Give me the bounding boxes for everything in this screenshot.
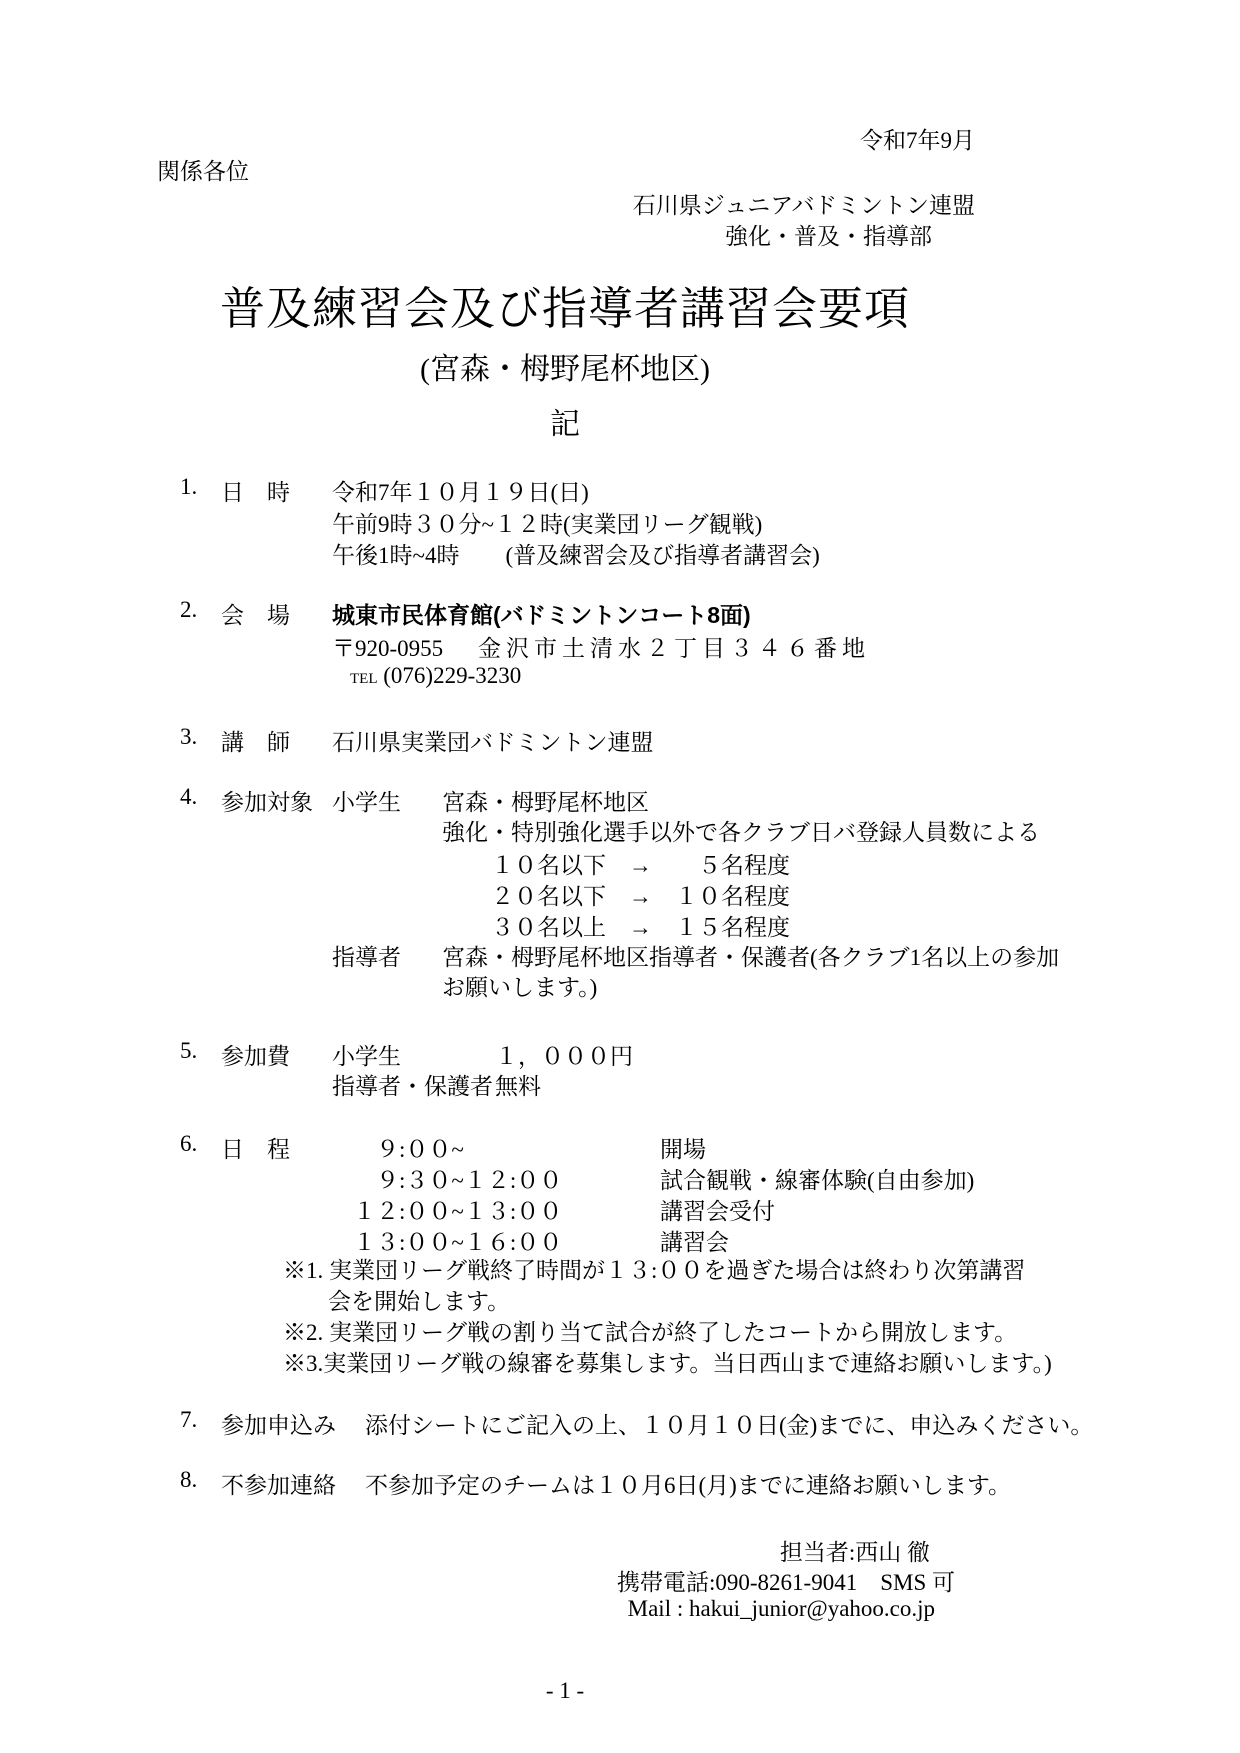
page-subtitle: (宮森・栂野尾杯地区) — [155, 344, 975, 388]
fee-elementary: １，０００円 — [495, 1038, 633, 1071]
item2-label: 会 場 — [221, 597, 290, 630]
note-2-line: ※2. 実業団リーグ戦の割り当て試合が終了したコートから開放します。 — [0, 1314, 1240, 1346]
contact-person: 担当者:西山 徹 — [780, 1534, 930, 1567]
item5-line1: 5. 参加費 小学生 １，０００円 — [0, 1038, 1240, 1070]
contact-person-line: 担当者:西山 徹 — [0, 1534, 1240, 1566]
venue-name: 城東市民体育館(バドミントンコート8面) — [332, 597, 751, 630]
item3-line1: 3. 講 師 石川県実業団バドミントン連盟 — [0, 724, 1240, 756]
item3-number: 3. — [180, 724, 197, 750]
item2-address-line: 〒920-0955 金沢市土清水２丁目３４６番地 — [0, 630, 1240, 662]
page-title: 普及練習会及び指導者講習会要項 — [155, 272, 975, 337]
item3-label: 講 師 — [221, 724, 290, 757]
item1-label: 日 時 — [221, 474, 290, 507]
contact-email: Mail : hakui_junior@yahoo.co.jp — [628, 1596, 935, 1622]
schedule-activity-1: 開場 — [660, 1131, 706, 1164]
addressee-line: 関係各位 — [0, 153, 1240, 185]
fee-leader: 無料 — [495, 1068, 541, 1101]
item5-label: 参加費 — [221, 1038, 290, 1071]
item1-afternoon: 午後1時~4時 (普及練習会及び指導者講習会) — [332, 537, 820, 570]
item5-number: 5. — [180, 1038, 197, 1064]
document-page: 令和7年9月 関係各位 石川県ジュニアバドミントン連盟 強化・普及・指導部 普及… — [0, 0, 1240, 1753]
application-deadline: 添付シートにご記入の上、１０月１０日(金)までに、申込みください。 — [365, 1407, 1093, 1440]
item4-sub-elementary: 小学生 — [332, 784, 401, 817]
item4-leader-text-cont: お願いします。) — [442, 969, 597, 1002]
contact-phone-line: 携帯電話:090-8261-9041 SMS 可 — [0, 1564, 1240, 1596]
schedule-row-1: 6. 日 程 ９:００~ 開場 — [0, 1131, 1240, 1163]
dept-line: 強化・普及・指導部 — [0, 218, 1240, 250]
fee-sub-leader: 指導者・保護者 — [332, 1068, 493, 1101]
contact-mail-line: Mail : hakui_junior@yahoo.co.jp — [0, 1596, 1240, 1628]
ki-heading: 記 — [155, 399, 975, 443]
item5-line2: 指導者・保護者 無料 — [0, 1068, 1240, 1100]
note-2-text: ※2. 実業団リーグ戦の割り当て試合が終了したコートから開放します。 — [283, 1314, 1017, 1347]
item8-label: 不参加連絡 — [221, 1467, 336, 1500]
nonparticipation-deadline: 不参加予定のチームは１０月6日(月)までに連絡お願いします。 — [365, 1467, 1011, 1500]
tel-mark: TEL — [350, 671, 378, 687]
item1-line3: 午後1時~4時 (普及練習会及び指導者講習会) — [0, 537, 1240, 569]
note-3-text: ※3.実業団リーグ戦の線審を募集します。当日西山まで連絡お願いします。) — [283, 1345, 1052, 1378]
item1-date: 令和7年１０月１９日(日) — [332, 474, 589, 507]
item2-number: 2. — [180, 597, 197, 623]
document-date: 令和7年9月 — [860, 122, 975, 155]
item4-condition: 強化・特別強化選手以外で各クラブ日バ登録人員数による — [442, 814, 1040, 847]
item4-line7: お願いします。) — [0, 969, 1240, 1001]
item1-morning: 午前9時３０分~１２時(実業団リーグ観戦) — [332, 506, 762, 539]
quota-rule-1: １０名以下 → ５名程度 — [491, 847, 790, 880]
note-1-text-cont: 会を開始します。 — [328, 1283, 510, 1316]
org-line: 石川県ジュニアバドミントン連盟 — [0, 187, 1240, 219]
schedule-time-3: １２:００~１３:００ — [353, 1193, 562, 1226]
note-3-line: ※3.実業団リーグ戦の線審を募集します。当日西山まで連絡お願いします。) — [0, 1345, 1240, 1377]
schedule-activity-3: 講習会受付 — [660, 1193, 775, 1226]
fee-sub-elementary: 小学生 — [332, 1038, 401, 1071]
schedule-row-2: ９:３０~１２:００ 試合観戦・線審体験(自由参加) — [0, 1162, 1240, 1194]
item4-quota1: １０名以下 → ５名程度 — [0, 847, 1240, 879]
page-number: - 1 - — [155, 1678, 975, 1704]
item8-line: 8. 不参加連絡 不参加予定のチームは１０月6日(月)までに連絡お願いします。 — [0, 1467, 1240, 1499]
schedule-time-1: ９:００~ — [353, 1131, 464, 1164]
department-name: 強化・普及・指導部 — [725, 218, 932, 251]
venue-address: 金沢市土清水２丁目３４６番地 — [478, 630, 870, 663]
item2-tel-line: TEL (076)229-3230 — [0, 663, 1240, 695]
schedule-row-3: １２:００~１３:００ 講習会受付 — [0, 1193, 1240, 1225]
quota-rule-2: ２０名以下 → １０名程度 — [491, 878, 790, 911]
item6-number: 6. — [180, 1131, 197, 1157]
item7-line: 7. 参加申込み 添付シートにご記入の上、１０月１０日(金)までに、申込みくださ… — [0, 1407, 1240, 1439]
item1-line2: 午前9時３０分~１２時(実業団リーグ観戦) — [0, 506, 1240, 538]
venue-phone: (076)229-3230 — [383, 663, 521, 688]
item7-label: 参加申込み — [221, 1407, 336, 1440]
contact-phone: 携帯電話:090-8261-9041 SMS 可 — [617, 1564, 955, 1597]
item1-line1: 1. 日 時 令和7年１０月１９日(日) — [0, 474, 1240, 506]
item4-quota2: ２０名以下 → １０名程度 — [0, 878, 1240, 910]
item4-number: 4. — [180, 784, 197, 810]
item8-number: 8. — [180, 1467, 197, 1493]
item4-district: 宮森・栂野尾杯地区 — [442, 784, 649, 817]
item4-line1: 4. 参加対象 小学生 宮森・栂野尾杯地区 — [0, 784, 1240, 816]
item7-number: 7. — [180, 1407, 197, 1433]
postal-code: 〒920-0955 — [332, 630, 443, 663]
note-1-line2: 会を開始します。 — [0, 1283, 1240, 1315]
header-date-line: 令和7年9月 — [0, 122, 1240, 154]
instructor: 石川県実業団バドミントン連盟 — [332, 724, 654, 757]
addressee: 関係各位 — [157, 153, 249, 186]
item4-line6: 指導者 宮森・栂野尾杯地区指導者・保護者(各クラブ1名以上の参加 — [0, 939, 1240, 971]
item4-leader-text: 宮森・栂野尾杯地区指導者・保護者(各クラブ1名以上の参加 — [442, 939, 1059, 972]
organization-name: 石川県ジュニアバドミントン連盟 — [633, 187, 975, 220]
note-1-text: ※1. 実業団リーグ戦終了時間が１３:００を過ぎた場合は終わり次第講習 — [283, 1252, 1025, 1285]
note-1-line1: ※1. 実業団リーグ戦終了時間が１３:００を過ぎた場合は終わり次第講習 — [0, 1252, 1240, 1284]
schedule-activity-2: 試合観戦・線審体験(自由参加) — [660, 1162, 974, 1195]
item4-label: 参加対象 — [221, 784, 313, 817]
item4-line2: 強化・特別強化選手以外で各クラブ日バ登録人員数による — [0, 814, 1240, 846]
item1-number: 1. — [180, 474, 197, 500]
schedule-time-2: ９:３０~１２:００ — [353, 1162, 562, 1195]
item2-line1: 2. 会 場 城東市民体育館(バドミントンコート8面) — [0, 597, 1240, 629]
item6-label: 日 程 — [221, 1131, 290, 1164]
item4-quota3: ３０名以上 → １５名程度 — [0, 909, 1240, 941]
item4-sub-leader: 指導者 — [332, 939, 401, 972]
quota-rule-3: ３０名以上 → １５名程度 — [491, 909, 790, 942]
